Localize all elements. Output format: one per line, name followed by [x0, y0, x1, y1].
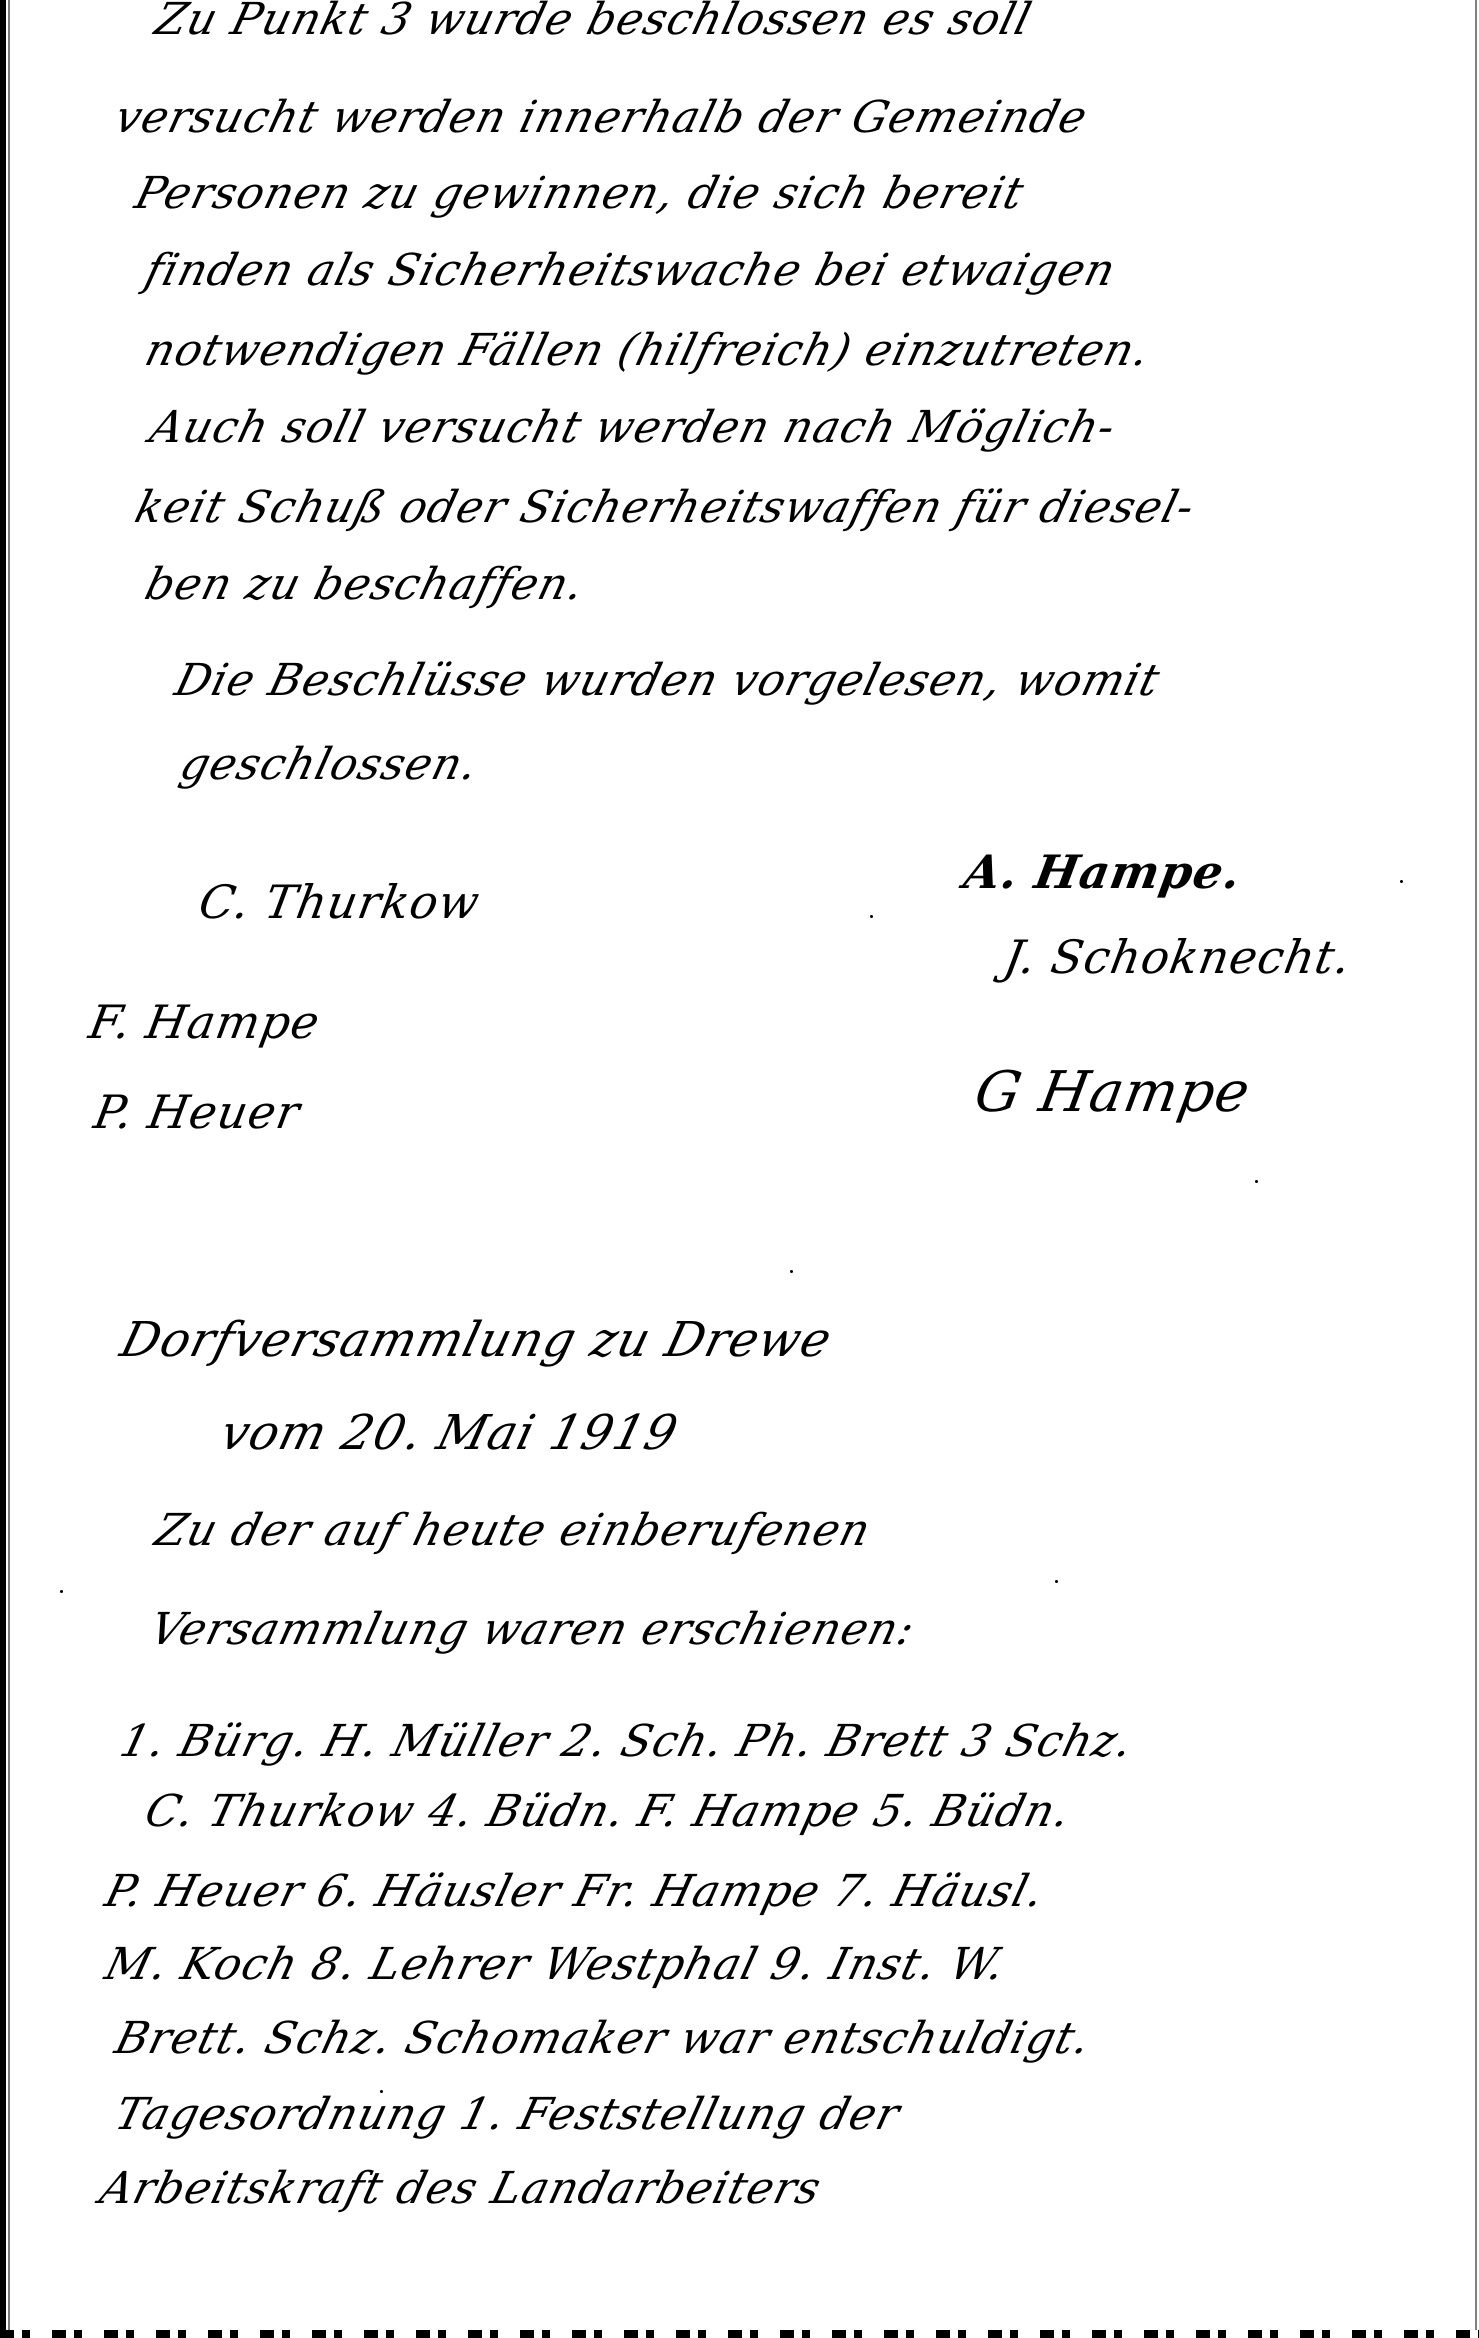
signature-right-1: A. Hampe.: [960, 845, 1246, 899]
signature-right-2: J. Schoknecht.: [1000, 930, 1355, 984]
signature-right-3: G Hampe: [970, 1060, 1255, 1125]
text-line: Auch soll versucht werden nach Möglich-: [145, 402, 1121, 453]
signature-left-3: P. Heuer: [90, 1085, 305, 1139]
scan-speck: [1055, 1580, 1058, 1583]
text-line: Personen zu gewinnen, die sich bereit: [130, 168, 1030, 219]
scan-speck: [790, 1270, 793, 1273]
attendee-line: M. Koch 8. Lehrer Westphal 9. Inst. W.: [100, 1939, 1011, 1990]
text-line: geschlossen.: [175, 739, 484, 790]
text-line: Versammlung waren erschienen:: [145, 1604, 920, 1655]
attendee-line: C. Thurkow 4. Büdn. F. Hampe 5. Büdn.: [140, 1786, 1076, 1837]
section-title: Dorfversammlung zu Drewe: [115, 1312, 838, 1368]
scan-speck: [1400, 880, 1403, 883]
scan-right-edge: [1475, 0, 1477, 2338]
text-line: finden als Sicherheitswache bei etwaigen: [140, 245, 1121, 296]
section-date: vom 20. Mai 1919: [215, 1405, 684, 1461]
scan-speck: [870, 915, 873, 918]
agenda-line: Tagesordnung 1. Feststellung der: [110, 2089, 905, 2140]
text-line: Zu Punkt 3 wurde beschlossen es soll: [150, 0, 1037, 45]
scan-left-edge: [0, 0, 6, 2338]
text-line: ben zu beschaffen.: [140, 559, 590, 610]
text-line: Die Beschlüsse wurden vorgelesen, womit: [170, 655, 1165, 706]
scan-bottom-edge: [0, 2330, 1479, 2338]
signature-left-1: C. Thurkow: [195, 875, 484, 929]
scan-speck: [380, 2090, 383, 2093]
scan-speck: [1255, 1180, 1258, 1183]
text-line: Brett. Schz. Schomaker war entschuldigt.: [110, 2013, 1096, 2064]
text-line: keit Schuß oder Sicherheitswaffen für di…: [130, 482, 1200, 533]
attendee-line: 1. Bürg. H. Müller 2. Sch. Ph. Brett 3 S…: [115, 1716, 1138, 1767]
text-line: notwendigen Fällen (hilfreich) einzutret…: [140, 325, 1155, 376]
attendee-line: P. Heuer 6. Häusler Fr. Hampe 7. Häusl.: [100, 1866, 1050, 1917]
scan-left-edge-shadow: [8, 0, 10, 2338]
agenda-line: Arbeitskraft des Landarbeiters: [95, 2163, 827, 2214]
signature-left-2: F. Hampe: [85, 995, 324, 1049]
document-page: Zu Punkt 3 wurde beschlossen es soll ver…: [0, 0, 1479, 2338]
text-line: Zu der auf heute einberufenen: [150, 1505, 876, 1556]
scan-speck: [60, 1590, 63, 1593]
text-line: versucht werden innerhalb der Gemeinde: [110, 92, 1093, 143]
